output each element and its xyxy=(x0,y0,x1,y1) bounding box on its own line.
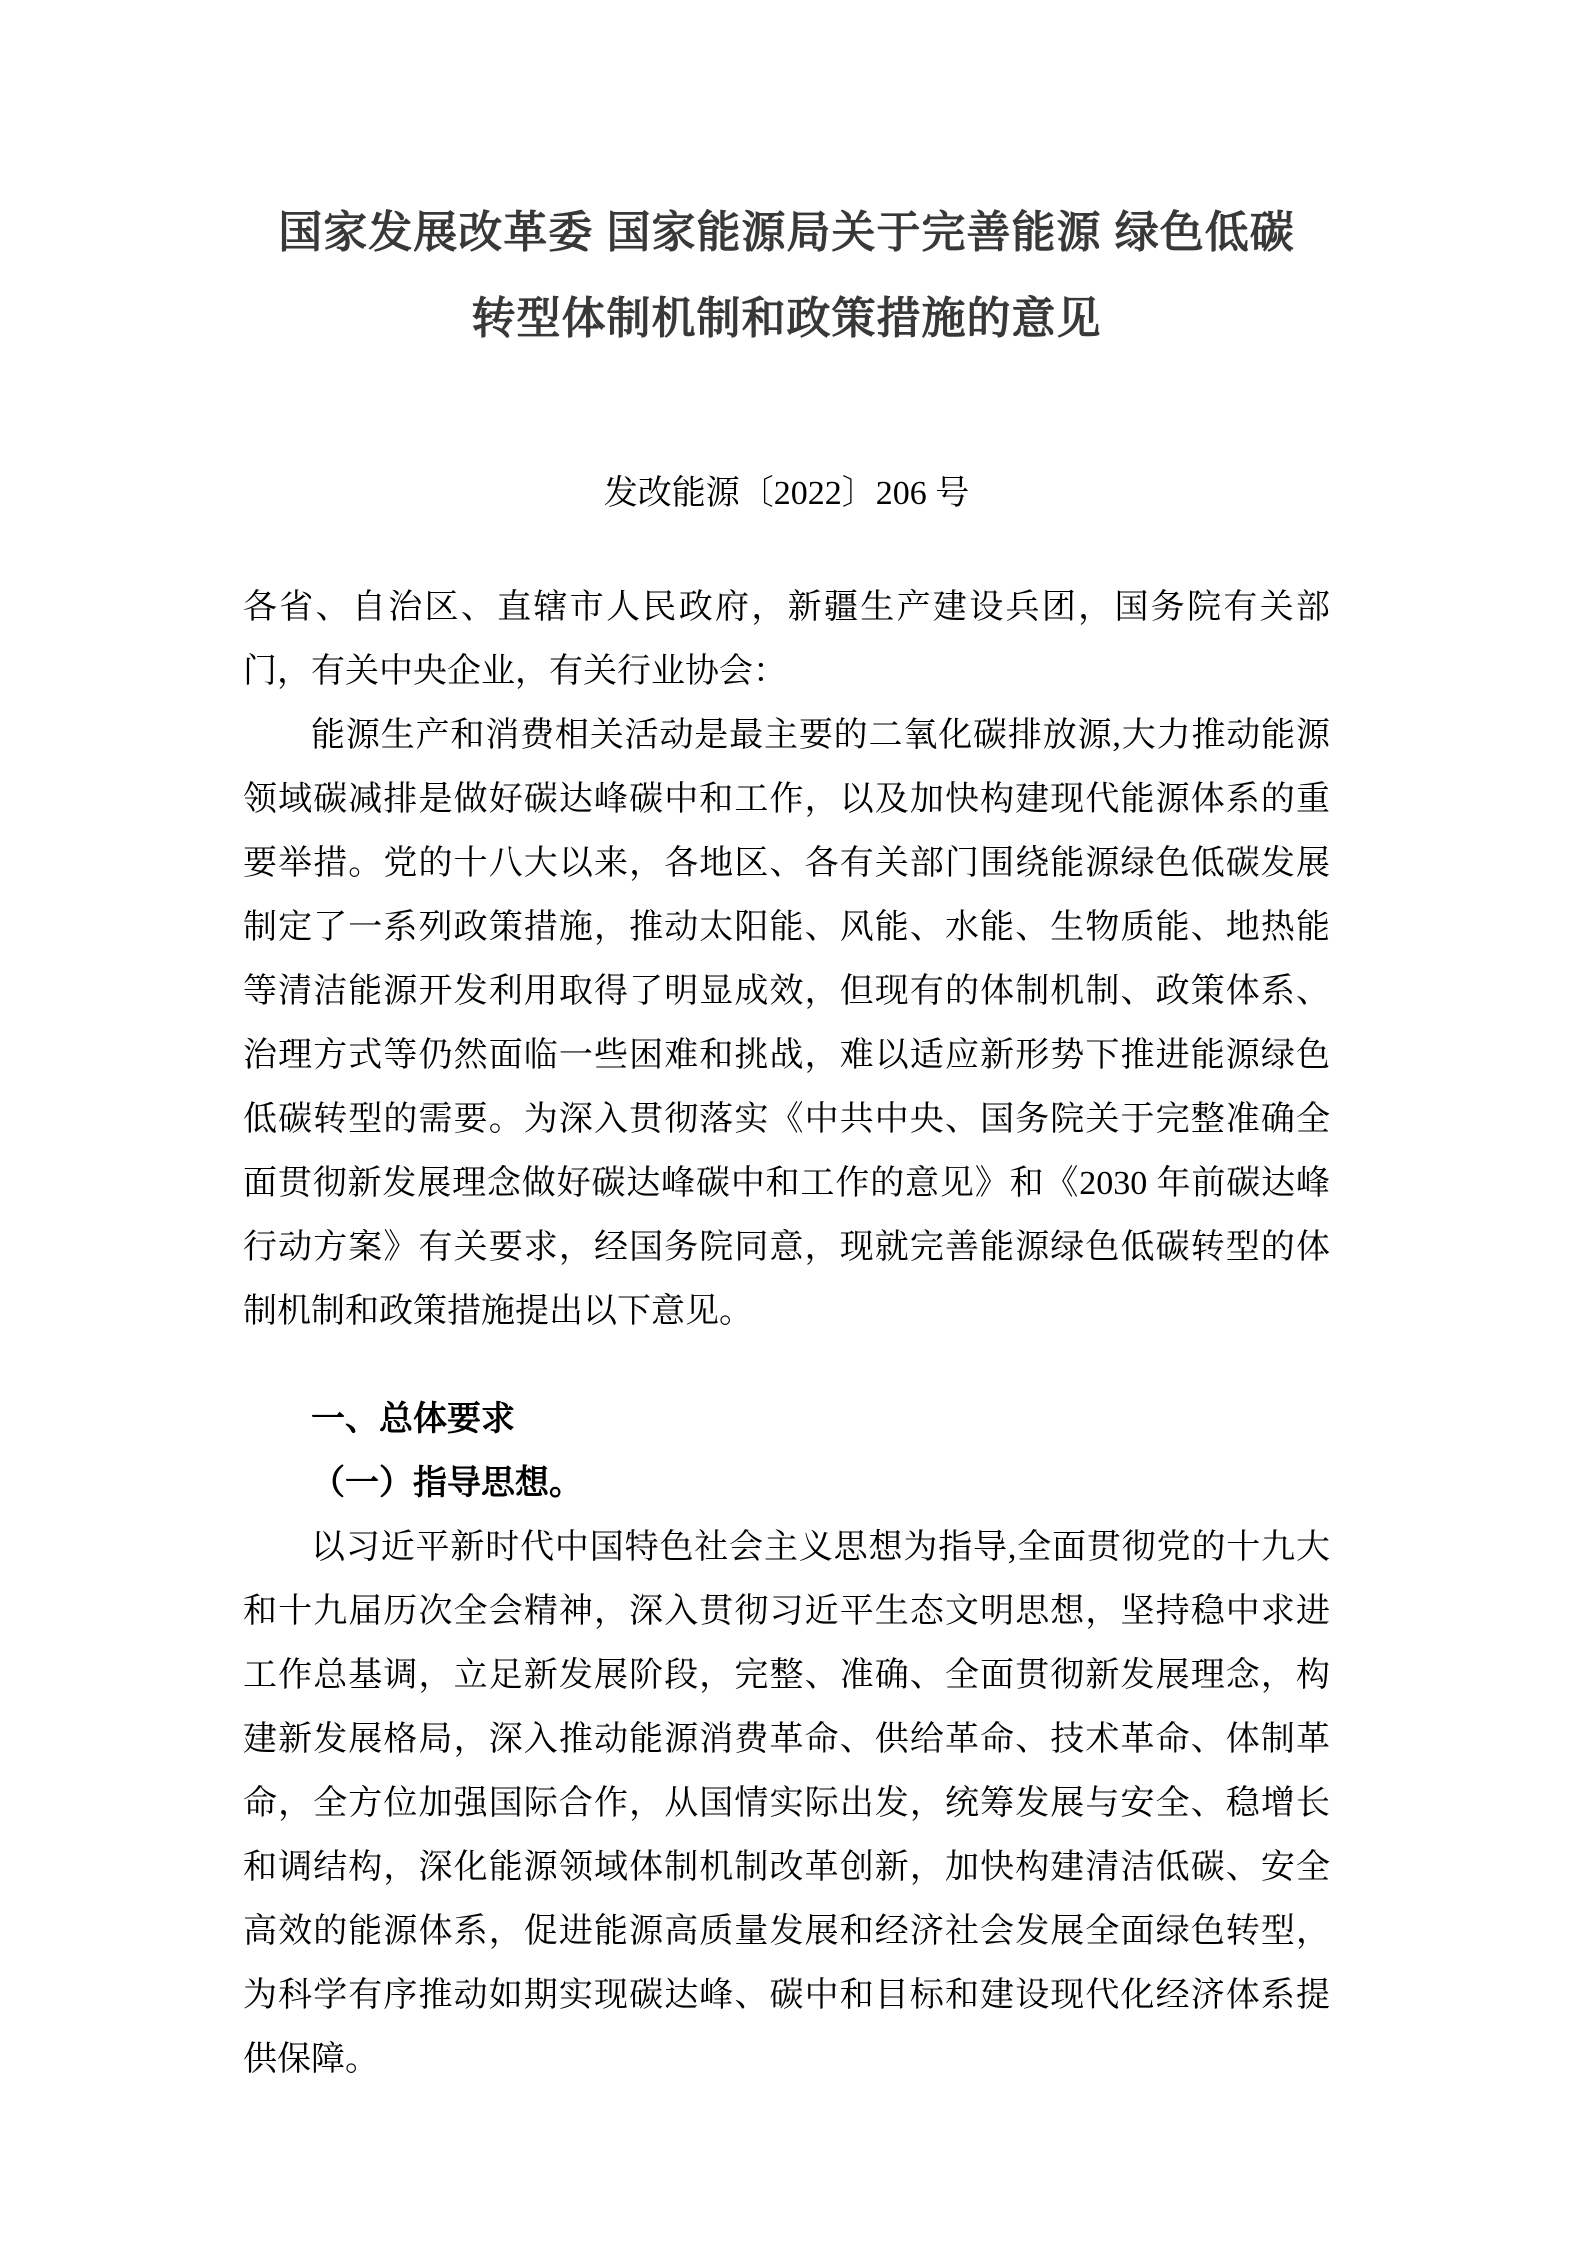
salutation: 各省、自治区、直辖市人民政府，新疆生产建设兵团，国务院有关部门，有关中央企业，有… xyxy=(243,576,1330,704)
document-page: 国家发展改革委 国家能源局关于完善能源 绿色低碳 转型体制机制和政策措施的意见 … xyxy=(0,0,1587,2245)
intro-paragraph: 能源生产和消费相关活动是最主要的二氧化碳排放源,大力推动能源领域碳减排是做好碳达… xyxy=(243,704,1330,1344)
title-line-2: 转型体制机制和政策措施的意见 xyxy=(243,276,1330,362)
document-number: 发改能源〔2022〕206 号 xyxy=(243,462,1330,526)
document-title: 国家发展改革委 国家能源局关于完善能源 绿色低碳 转型体制机制和政策措施的意见 xyxy=(243,190,1330,362)
subsection-heading-guiding-ideology: （一）指导思想。 xyxy=(243,1452,1330,1516)
title-line-1: 国家发展改革委 国家能源局关于完善能源 绿色低碳 xyxy=(243,190,1330,276)
section-heading-overall-requirements: 一、总体要求 xyxy=(243,1388,1330,1452)
guiding-ideology-paragraph: 以习近平新时代中国特色社会主义思想为指导,全面贯彻党的十九大和十九届历次全会精神… xyxy=(243,1516,1330,2092)
